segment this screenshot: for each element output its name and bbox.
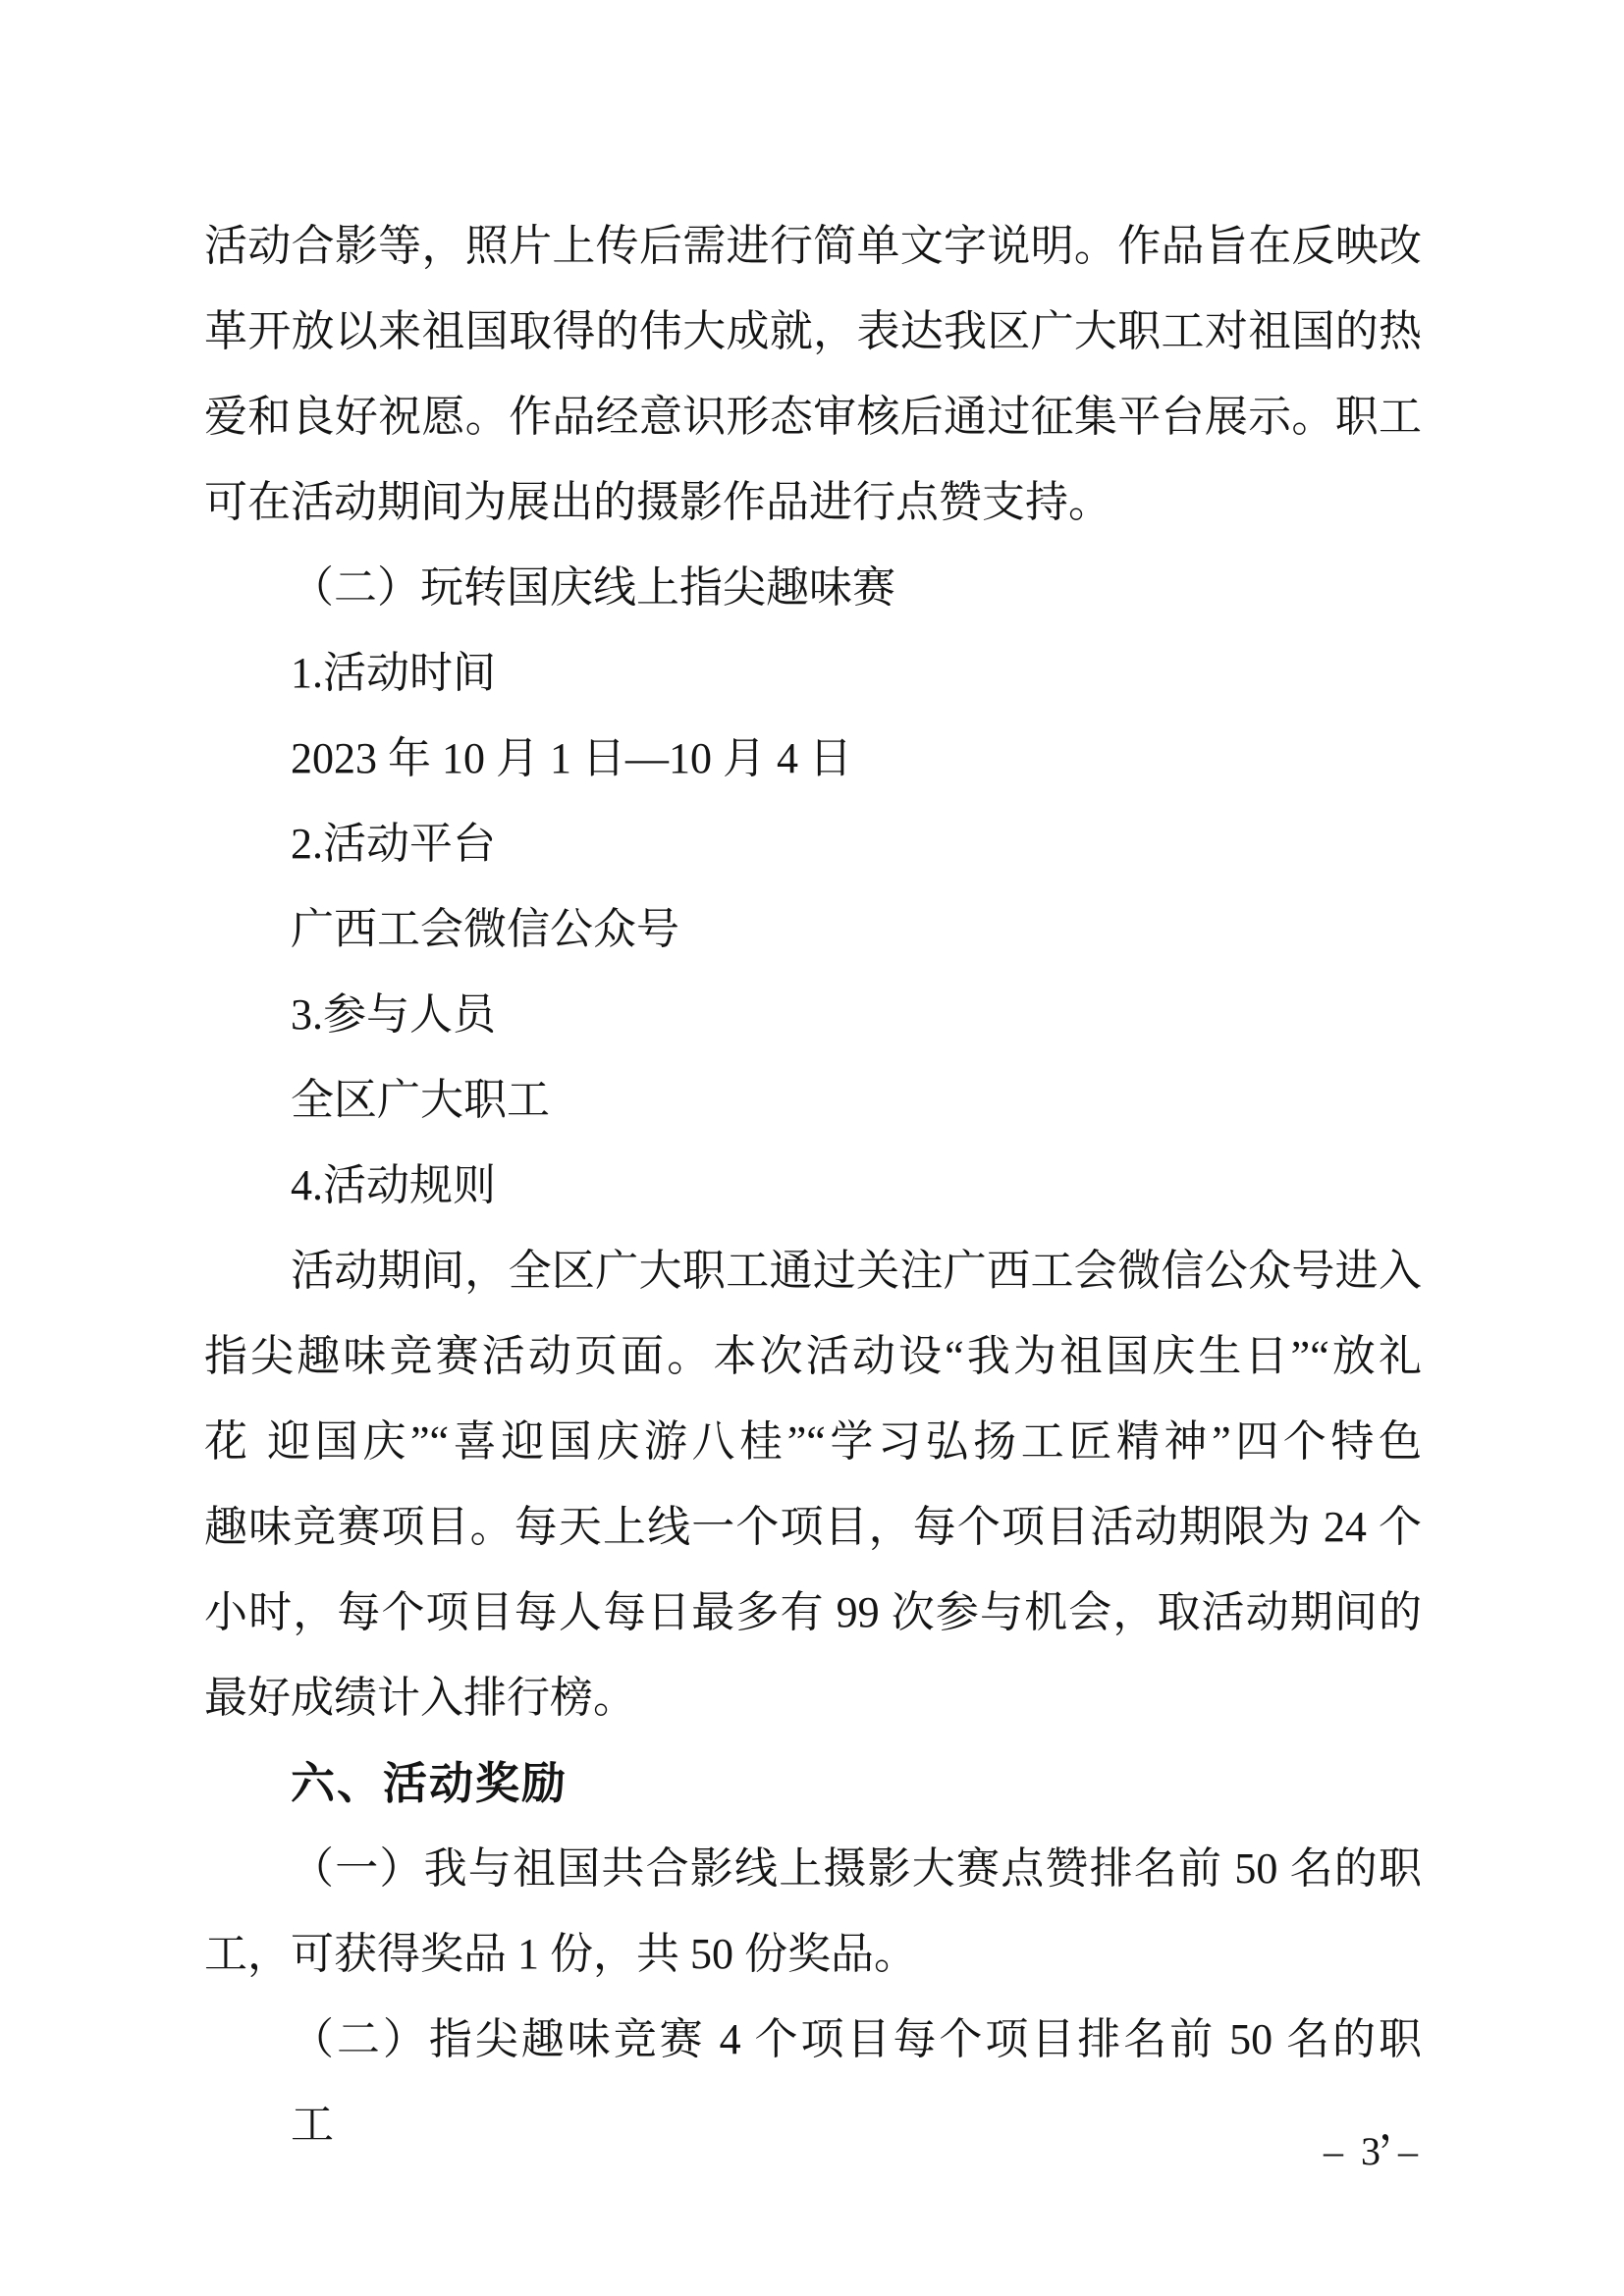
document-line: 最好成绩计入排行榜。 (204, 1655, 1422, 1740)
document-line: 革开放以来祖国取得的伟大成就，表达我区广大职工对祖国的热 (204, 289, 1422, 374)
page-number: – 3 – (204, 2128, 1422, 2175)
document-line: 活动期间，全区广大职工通过关注广西工会微信公众号进入 (204, 1228, 1422, 1313)
document-line: 3.参与人员 (204, 972, 1422, 1057)
document-line: 小时，每个项目每人每日最多有 99 次参与机会，取活动期间的 (204, 1570, 1422, 1655)
document-line: 1.活动时间 (204, 630, 1422, 716)
document-line: 广西工会微信公众号 (204, 886, 1422, 972)
document-line: （一）我与祖国共合影线上摄影大赛点赞排名前 50 名的职 (204, 1826, 1422, 1911)
document-line: 趣味竞赛项目。每天上线一个项目，每个项目活动期限为 24 个 (204, 1484, 1422, 1570)
document-page: 活动合影等，照片上传后需进行简单文字说明。作品旨在反映改革开放以来祖国取得的伟大… (0, 0, 1624, 2296)
document-line: （二）指尖趣味竞赛 4 个项目每个项目排名前 50 名的职工， (204, 1997, 1422, 2082)
document-line: 爱和良好祝愿。作品经意识形态审核后通过征集平台展示。职工 (204, 374, 1422, 459)
document-line: 2.活动平台 (204, 801, 1422, 886)
document-line: 花 迎国庆”“喜迎国庆游八桂”“学习弘扬工匠精神”四个特色 (204, 1399, 1422, 1484)
document-line: 指尖趣味竞赛活动页面。本次活动设“我为祖国庆生日”“放礼 (204, 1313, 1422, 1399)
document-body: 活动合影等，照片上传后需进行简单文字说明。作品旨在反映改革开放以来祖国取得的伟大… (204, 203, 1422, 2082)
document-line: 全区广大职工 (204, 1057, 1422, 1143)
document-line: 工，可获得奖品 1 份，共 50 份奖品。 (204, 1911, 1422, 1997)
document-line: 可在活动期间为展出的摄影作品进行点赞支持。 (204, 459, 1422, 545)
section-heading: 六、活动奖励 (204, 1740, 1422, 1826)
document-line: 4.活动规则 (204, 1143, 1422, 1228)
document-line: 活动合影等，照片上传后需进行简单文字说明。作品旨在反映改 (204, 203, 1422, 289)
document-line: （二）玩转国庆线上指尖趣味赛 (204, 545, 1422, 630)
document-line: 2023 年 10 月 1 日—10 月 4 日 (204, 716, 1422, 801)
